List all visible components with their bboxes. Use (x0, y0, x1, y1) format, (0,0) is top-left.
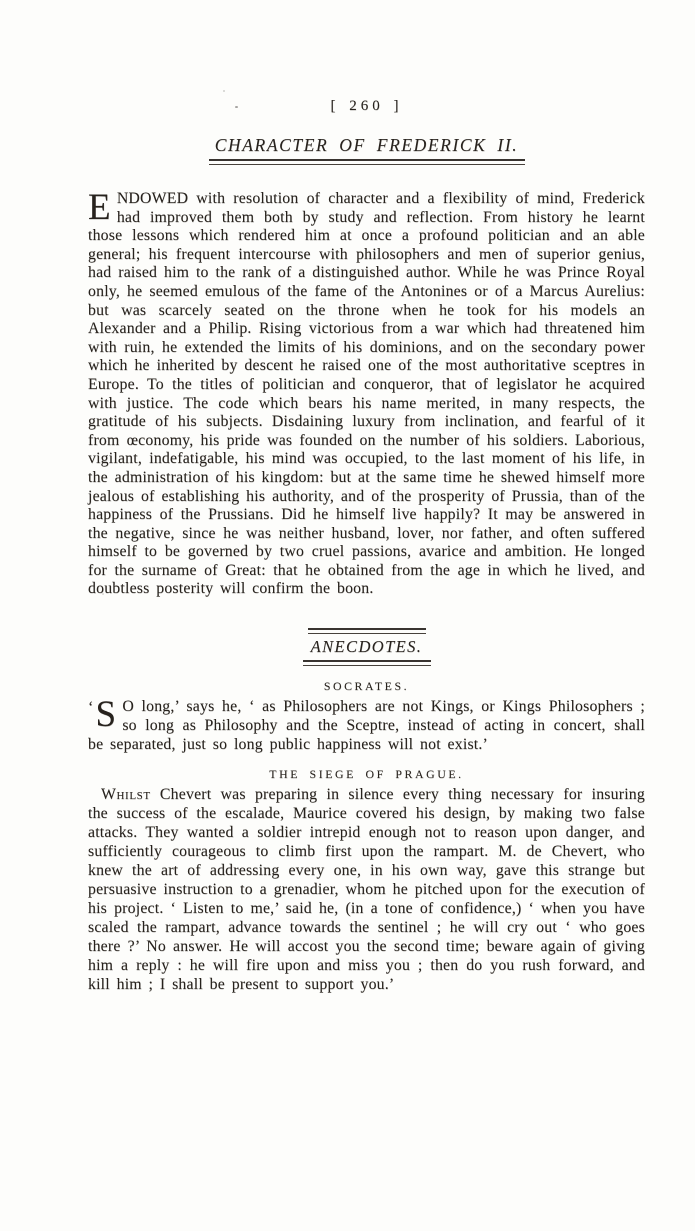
siege-of-prague-paragraph: Whilst Chevert was preparing in silence … (88, 785, 645, 994)
title-divider-rule (209, 159, 525, 165)
anecdotes-top-rule (308, 628, 426, 634)
drop-cap-wrap: E (88, 190, 117, 225)
siege-of-prague-heading: THE SIEGE OF PRAGUE. (88, 767, 645, 781)
scan-speck (235, 106, 238, 108)
socrates-heading: SOCRATES. (88, 679, 645, 693)
scanned-book-page: [ 260 ] CHARACTER OF FREDERICK II. ENDOW… (0, 0, 695, 1231)
paragraph-lead-word: Whilst (101, 786, 151, 803)
drop-cap-letter: S (96, 694, 117, 735)
scan-speck (102, 593, 104, 595)
article-title: CHARACTER OF FREDERICK II. (88, 135, 645, 155)
frederick-character-paragraph: ENDOWED with resolution of character and… (88, 190, 645, 599)
anecdotes-bottom-rule (303, 660, 431, 666)
anecdotes-section-heading: ANECDOTES. (88, 637, 645, 656)
frederick-paragraph-text: NDOWED with resolution of character and … (88, 190, 645, 597)
scan-speck (223, 90, 225, 92)
siege-paragraph-text: Chevert was preparing in silence every t… (88, 786, 645, 993)
drop-cap-letter: E (88, 187, 111, 228)
page-number: [ 260 ] (88, 98, 645, 115)
scan-speck (131, 984, 133, 986)
drop-cap-wrap: ‘S (88, 697, 122, 731)
opening-quote-mark: ‘ (88, 699, 96, 716)
socrates-anecdote-paragraph: ‘SO long,’ says he, ‘ as Philosophers ar… (88, 697, 645, 754)
socrates-paragraph-text: O long,’ says he, ‘ as Philosophers are … (88, 698, 645, 753)
